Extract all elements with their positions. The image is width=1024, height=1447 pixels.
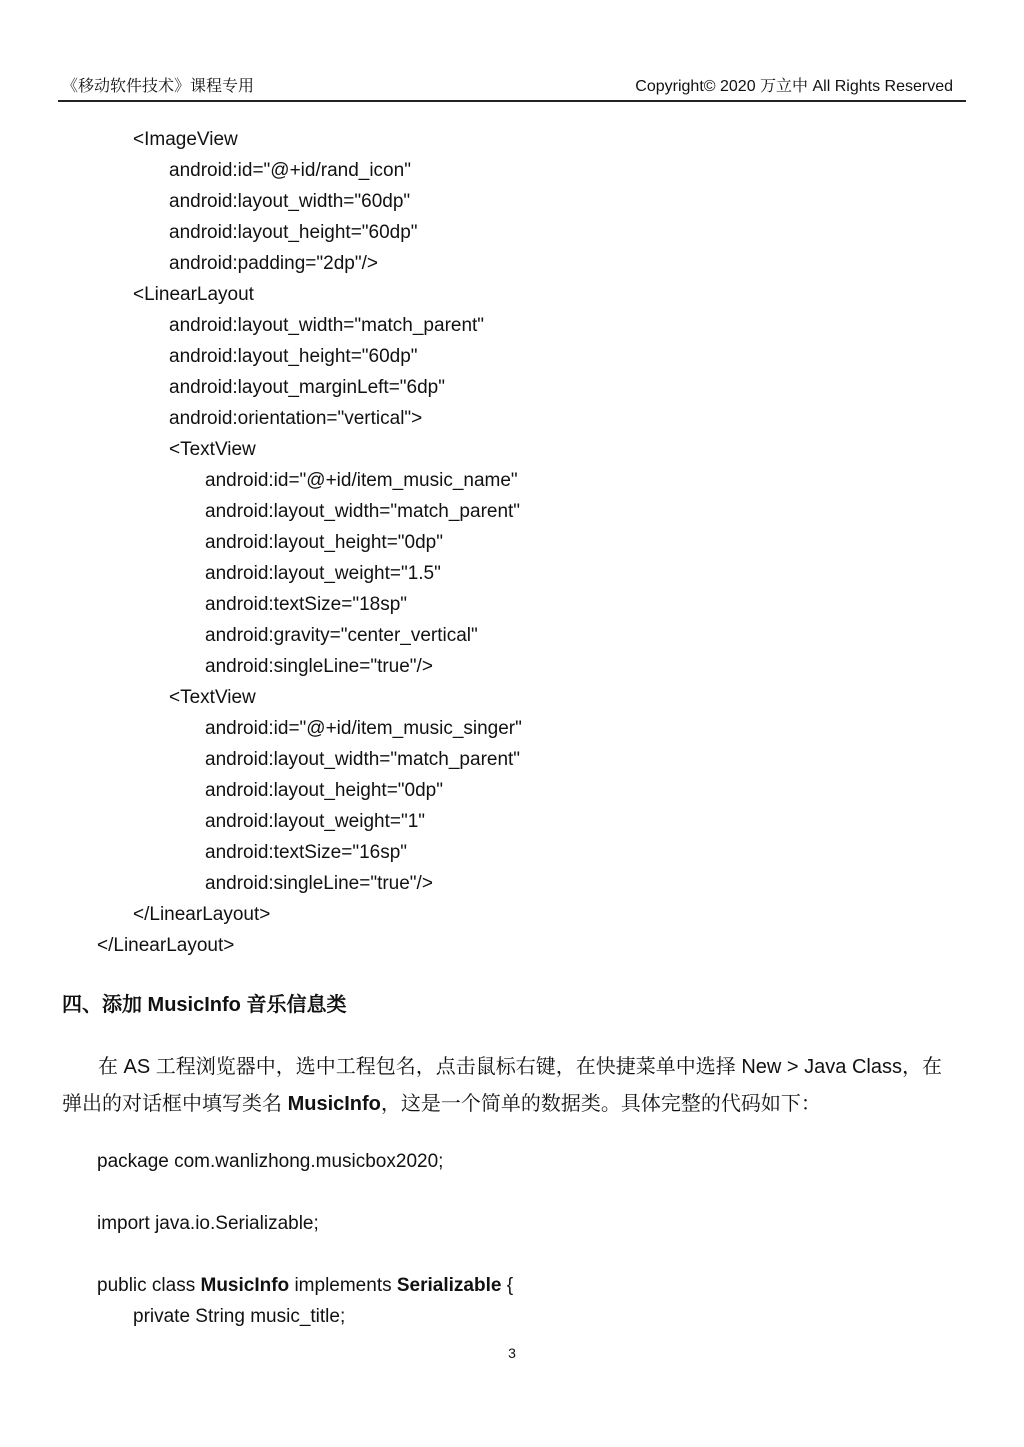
code-text: public class [97,1275,201,1296]
xml-code-line: android:layout_height="0dp" [205,530,443,556]
xml-code-line: android:layout_height="60dp" [169,344,418,370]
paragraph-line-1: 在 AS 工程浏览器中，选中工程包名，点击鼠标右键，在快捷菜单中选择 New >… [98,1053,942,1081]
xml-code-line: <TextView [169,685,256,711]
xml-code-line: <LinearLayout [133,282,254,308]
code-import-line: import java.io.Serializable; [97,1211,319,1237]
xml-code-line: android:layout_height="60dp" [169,220,418,246]
code-field-line: private String music_title; [133,1304,345,1330]
code-interface-name: Serializable [397,1275,502,1296]
xml-code-line: android:layout_height="0dp" [205,778,443,804]
page-number: 3 [0,1344,1024,1362]
xml-code-line: android:gravity="center_vertical" [205,623,478,649]
xml-code-line: android:id="@+id/item_music_singer" [205,716,522,742]
xml-code-line: </LinearLayout> [133,902,270,928]
code-text: implements [289,1275,397,1296]
xml-code-line: android:textSize="18sp" [205,592,407,618]
section-heading: 四、添加 MusicInfo 音乐信息类 [62,991,346,1019]
code-package-line: package com.wanlizhong.musicbox2020; [97,1149,443,1175]
paragraph-line-2: 弹出的对话框中填写类名 MusicInfo，这是一个简单的数据类。具体完整的代码… [62,1090,821,1118]
xml-code-line: android:id="@+id/rand_icon" [169,158,411,184]
code-class-name: MusicInfo [201,1275,290,1296]
xml-code-line: android:layout_width="match_parent" [169,313,484,339]
xml-code-line: android:layout_marginLeft="6dp" [169,375,445,401]
xml-code-line: android:singleLine="true"/> [205,871,433,897]
header-course-title: 《移动软件技术》课程专用 [62,76,254,98]
xml-code-line: android:layout_weight="1.5" [205,561,441,587]
xml-code-line: android:layout_width="match_parent" [205,747,520,773]
paragraph-text: 弹出的对话框中填写类名 [62,1093,288,1115]
xml-code-line: android:layout_weight="1" [205,809,425,835]
xml-code-line: android:padding="2dp"/> [169,251,378,277]
class-name-bold: MusicInfo [288,1093,381,1115]
xml-code-line: android:layout_width="60dp" [169,189,410,215]
header-divider [58,100,966,102]
xml-code-line: android:textSize="16sp" [205,840,407,866]
paragraph-text: ，这是一个简单的数据类。具体完整的代码如下： [381,1093,821,1115]
xml-code-line: android:id="@+id/item_music_name" [205,468,518,494]
xml-code-line: android:layout_width="match_parent" [205,499,520,525]
xml-code-line: <TextView [169,437,256,463]
code-class-line: public class MusicInfo implements Serial… [97,1273,513,1299]
header-copyright: Copyright© 2020 万立中 All Rights Reserved [635,76,953,98]
xml-code-line: android:singleLine="true"/> [205,654,433,680]
xml-code-line: <ImageView [133,127,238,153]
code-text: { [501,1275,513,1296]
xml-code-line: android:orientation="vertical"> [169,406,422,432]
xml-code-line: </LinearLayout> [97,933,234,959]
